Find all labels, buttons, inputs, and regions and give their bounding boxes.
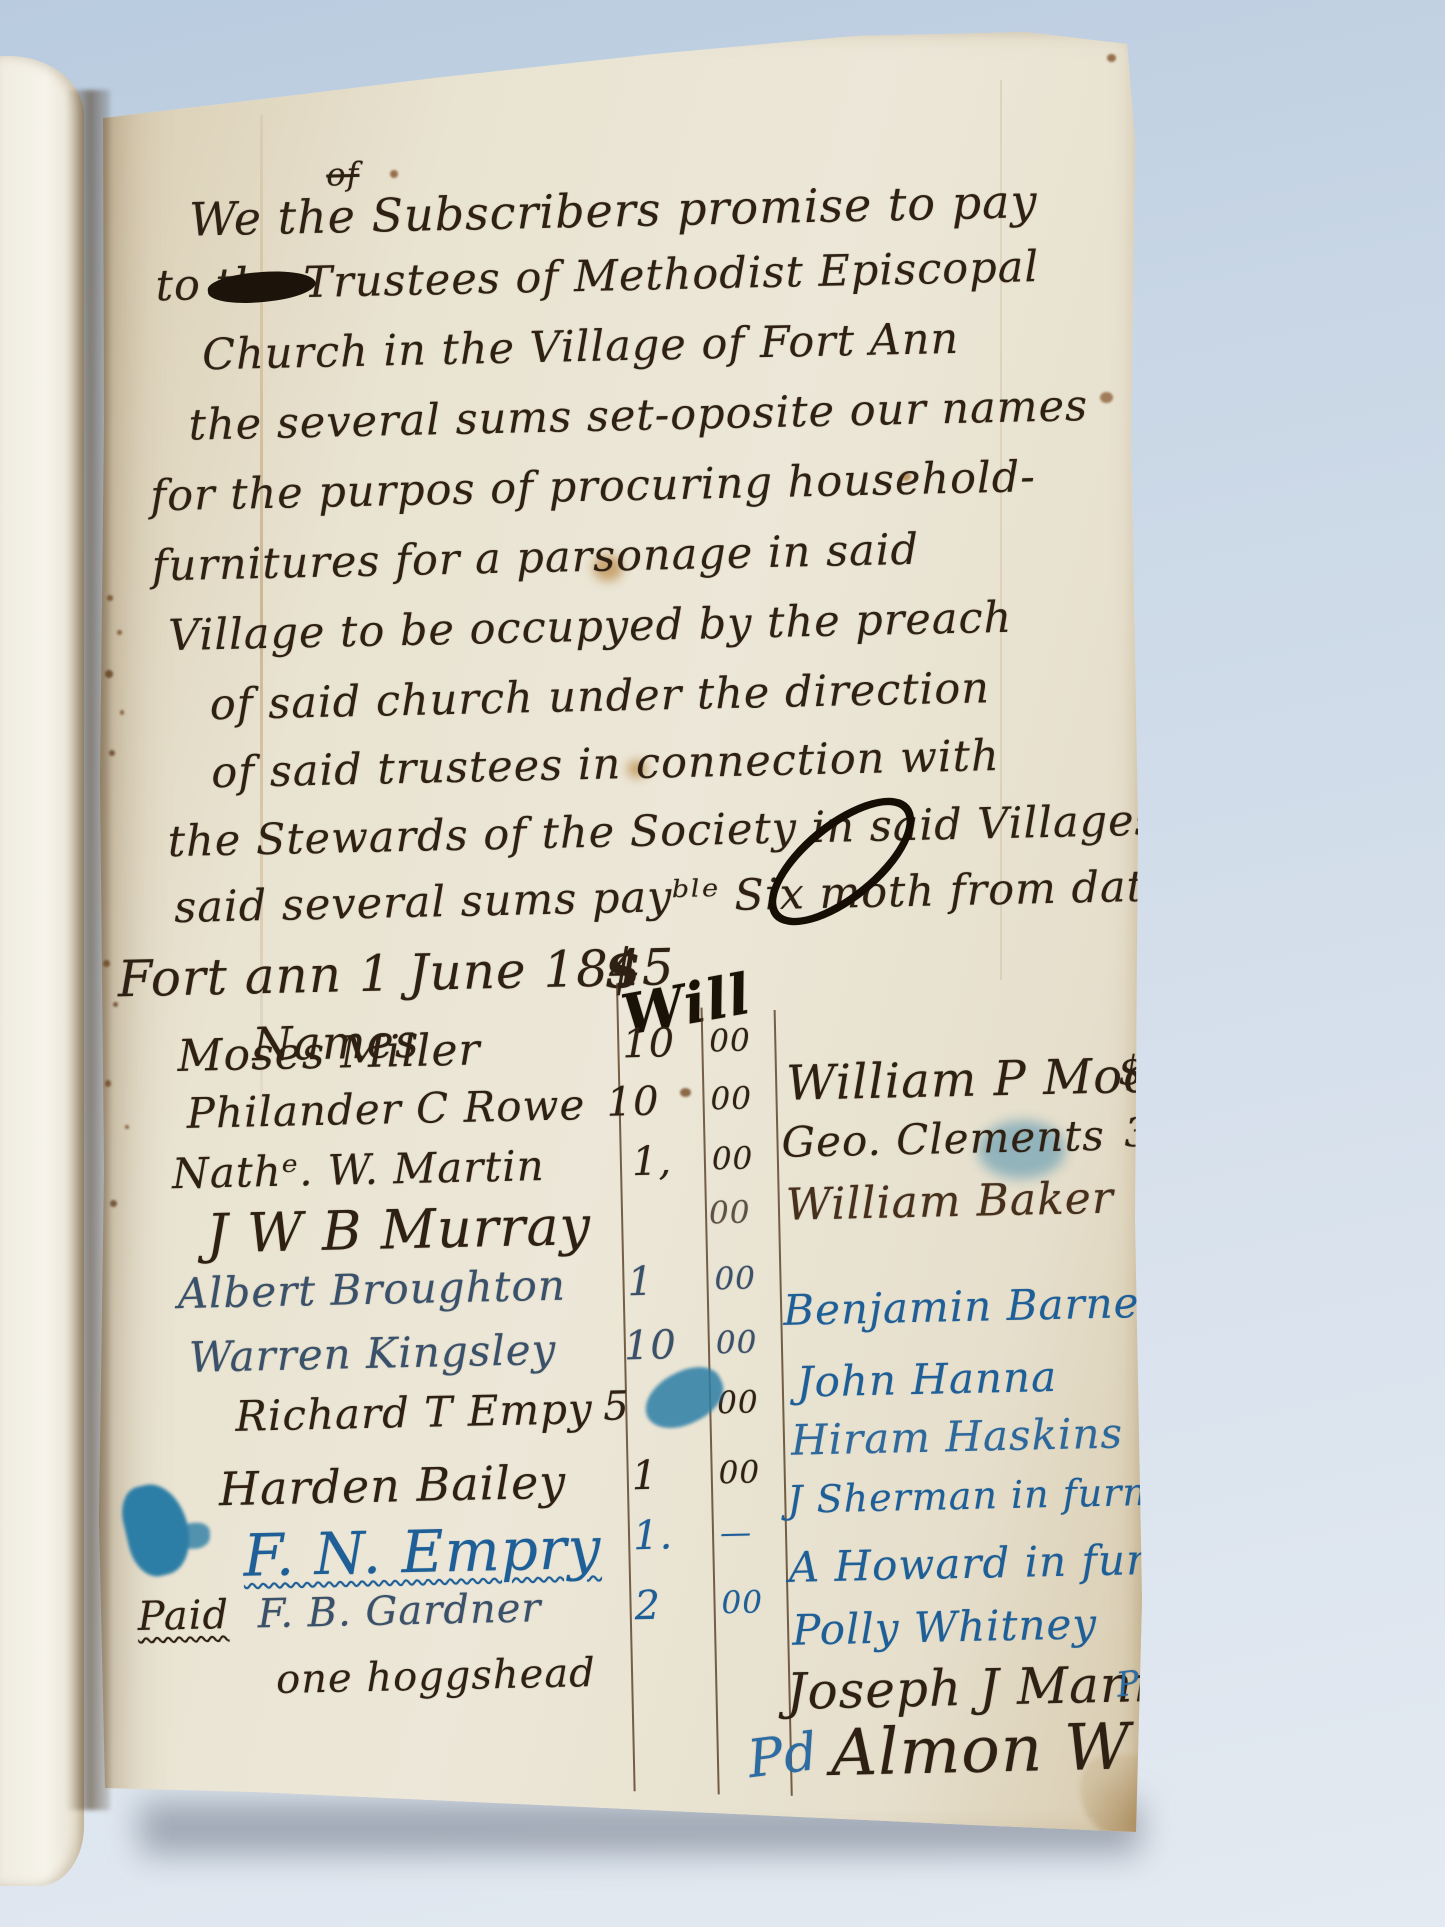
pencil-underline (1191, 960, 1346, 971)
photo-of-manuscript: { "inks": { "black": "#2e2114", "blue": … (0, 0, 1445, 1927)
subscriber-name: F. N. Empry (243, 1514, 602, 1590)
amount-dollars: 1 (627, 1259, 654, 1306)
amount-dollars: 5 (1139, 1350, 1166, 1397)
amount-dollars: 10 (623, 1322, 677, 1369)
amount-cents: /00 (1247, 1110, 1309, 1152)
amount-cents: 00 (715, 1324, 757, 1361)
subscriber-name: Richard T Empy (235, 1384, 593, 1441)
amount-dollars: 1, (631, 1138, 672, 1185)
subscriber-name: Benjamin Barnet (783, 1278, 1158, 1335)
amount-dollars: 1 (631, 1453, 658, 1500)
subscriber-name: Geo. Clements (781, 1111, 1105, 1167)
body-line: said several sums payᵇˡᵉ Six moth from d… (174, 861, 1172, 933)
amount-cents: 00 (709, 1023, 751, 1060)
amount-dollars: 1. (633, 1512, 674, 1559)
subscriber-name: William Baker (785, 1173, 1114, 1231)
paid-prefix: Paid (137, 1592, 229, 1640)
amount-dollars: 10 (622, 1020, 676, 1067)
subscriber-name: Almon W (830, 1710, 1132, 1791)
subscriber-name: J W B Murray (206, 1194, 592, 1265)
amount-dollars: 15 (1150, 1171, 1204, 1218)
paid-note: Paid (1114, 1656, 1197, 1706)
amount-cents: — (720, 1515, 753, 1552)
subscriber-name: Warren Kingsley (189, 1325, 557, 1382)
amount-cents: 00 (721, 1584, 763, 1621)
amount-dollars: 3 (1183, 1534, 1210, 1581)
body-line: We the Subscribers promise to pay (189, 174, 1038, 246)
subscriber-name: Polly Whitney (792, 1599, 1098, 1655)
amount-dollars: 5 (603, 1383, 630, 1430)
subscriber-name: Nathᵉ. W. Martin (172, 1141, 546, 1198)
amount-dollars: 1. (1150, 1407, 1191, 1454)
amount-cents: 00 (1318, 1638, 1367, 1680)
ink-smear (1292, 1608, 1396, 1875)
body-line: Village to be occupyed by the preach (168, 593, 1013, 661)
subscriber-name: J Sherman in furniture (787, 1468, 1246, 1522)
subscriber-name: Hiram Haskins (790, 1409, 1123, 1465)
amount-cents: ——— (1198, 1278, 1316, 1325)
blue-ink-blot (176, 1522, 211, 1549)
subscriber-name: Albert Broughton (177, 1261, 566, 1318)
payment-in-kind-note: one hoggshead (276, 1650, 597, 1703)
paid-prefix: Pd (744, 1722, 821, 1790)
body-line: furnitures for a parsonage in said (151, 525, 919, 592)
book-gutter-shadow (66, 90, 110, 1810)
amount-cents: 00 (1314, 1687, 1376, 1742)
body-line: of said trustees in connection with (211, 731, 1000, 798)
inserted-word-struck: of (326, 155, 360, 194)
amount-dollars: X (1260, 1707, 1302, 1773)
amount-cents: 00 — (1268, 1047, 1353, 1085)
body-line: Church in the Village of Fort Ann (202, 314, 960, 381)
amount-cents: 00 (714, 1260, 756, 1297)
amount-dollars: 1 (1190, 1597, 1217, 1644)
amount-cents: 00 (718, 1454, 760, 1491)
amount-cents: 00 (1327, 1469, 1369, 1506)
paid-stamp: Paid (1157, 1090, 1248, 1155)
foxing-spot (110, 1200, 117, 1207)
amount-cents: ——— (1255, 1407, 1373, 1454)
manuscript-page: We the Subscribers promise to pay of to … (95, 20, 1145, 1850)
subscriber-name: John Hanna (796, 1352, 1057, 1407)
amount-cents: 00 (710, 1081, 752, 1118)
amount-cents: 00 (1295, 1598, 1337, 1635)
amount-cents: 00 (1270, 1172, 1312, 1209)
subscriber-name: Moses Miller (177, 1024, 481, 1082)
subscriber-name: A Howard in fur (788, 1535, 1147, 1592)
subscriber-name: Harden Bailey (218, 1455, 566, 1517)
body-line: for the purpos of procuring household- (150, 452, 1037, 521)
amount-cents: 00 (709, 1195, 751, 1232)
body-line: the several sums set-oposite our names (188, 381, 1088, 451)
handwriting-layer: We the Subscribers promise to pay of to … (95, 10, 1185, 1862)
pencil-note: $46 (1197, 903, 1274, 954)
amount-cents: — — (1254, 1350, 1346, 1396)
amount-dollars: 2 (634, 1583, 661, 1630)
amount-cents: 00 (711, 1141, 753, 1178)
amount-cents: 00 (1290, 1535, 1332, 1572)
body-line: the Stewards of the Society in said Vill… (167, 796, 1158, 868)
amount-dollars: 3 (1124, 1110, 1151, 1157)
blue-ink-blot (636, 1357, 732, 1439)
body-line: of said church under the direction (209, 663, 990, 730)
amount-dollars: 2X (1219, 1652, 1284, 1707)
subscriber-name: Philander C Rowe (186, 1080, 586, 1138)
amount-dollars: 5· (1179, 1468, 1220, 1515)
date-line: Fort ann 1 June 1845 (117, 938, 675, 1008)
subscriber-name: F. B. Gardner (257, 1585, 542, 1637)
amount-dollars: 5 (1138, 1278, 1165, 1325)
amount-dollars: $.5.— (1118, 1046, 1240, 1095)
subscriber-name: William P Moore (786, 1047, 1207, 1112)
amount-dollars: 10 (606, 1079, 660, 1126)
